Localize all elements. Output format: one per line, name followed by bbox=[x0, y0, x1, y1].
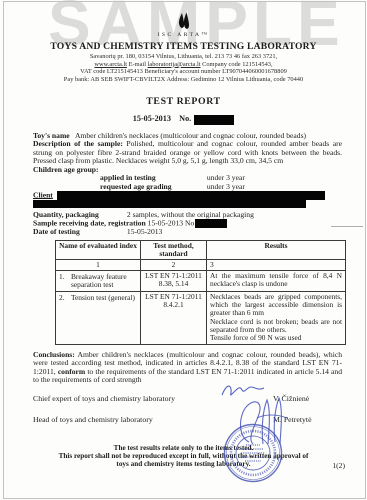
address-block: Savanorių pr. 180, 03154 Vilnius, Lithua… bbox=[0, 53, 367, 83]
chief-expert-role: Chief expert of toys and chemistry labor… bbox=[33, 394, 175, 403]
header-method: Test method, standard bbox=[141, 240, 207, 260]
row2-index: 2. bbox=[59, 294, 67, 302]
quantity-value: 2 samples, without the original packagin… bbox=[127, 210, 254, 219]
head-signature-row: Head of toys and chemistry laboratory M.… bbox=[33, 415, 345, 424]
report-title: TEST REPORT bbox=[0, 96, 367, 107]
footer-line-3: toys and chemistry items testing laborat… bbox=[0, 460, 367, 468]
row1-result: At the maximum tensile force of 8,4 N ne… bbox=[207, 271, 346, 292]
chief-expert-name: V. Čižnienė bbox=[273, 394, 345, 403]
report-date-line: 15-05-2013 No. bbox=[0, 114, 367, 124]
email-link: laboratorija@arcta.lt bbox=[148, 61, 201, 68]
head-role: Head of toys and chemistry laboratory bbox=[33, 415, 153, 424]
col-number-3: 3 bbox=[207, 260, 346, 271]
letterhead: ISC ARTA™ TOYS AND CHEMISTRY ITEMS TESTI… bbox=[0, 0, 367, 83]
address-line: Savanorių pr. 180, 03154 Vilnius, Lithua… bbox=[0, 53, 367, 61]
website-link: www.arcta.lt bbox=[94, 61, 127, 68]
receiving-value: 15-05-2013 No bbox=[148, 218, 195, 227]
client-row: Client bbox=[33, 191, 342, 200]
address-line: www.arcta.lt E-mail laboratorija@arcta.l… bbox=[0, 61, 367, 69]
table-header-row: Name of evaluated index Test method, sta… bbox=[56, 240, 346, 260]
row1-method-clause: 8.38, 5.14 bbox=[144, 280, 203, 288]
redaction-box-client-1 bbox=[57, 191, 325, 200]
age-applied-row: applied in testing under 3 year bbox=[33, 174, 342, 183]
report-date: 15-05-2013 bbox=[133, 114, 171, 123]
table-row: 2. Tension test (general) LST EN 71-1:20… bbox=[56, 291, 346, 344]
address-line: Pay bank: AB SEB SWIFT-CBVILT2X Address:… bbox=[0, 76, 367, 84]
col-number-1: 1 bbox=[56, 260, 141, 271]
row2-result-par3: Tensile force of 90 N was used bbox=[210, 334, 342, 342]
receiving-label: Sample receiving date, registration bbox=[33, 218, 146, 227]
logo-text: ISC ARTA™ bbox=[0, 33, 367, 39]
footer-disclaimer: The test results relate only to the item… bbox=[0, 444, 367, 469]
header-results: Results bbox=[207, 240, 346, 260]
redaction-box-client-2 bbox=[33, 200, 306, 208]
column-number-row: 1 2 3 bbox=[56, 260, 346, 271]
client-row-2 bbox=[33, 200, 342, 209]
age-requested-value: under 3 year bbox=[207, 182, 245, 191]
age-requested-label: requested age grading bbox=[100, 183, 205, 192]
row2-name: Tension test (general) bbox=[71, 294, 135, 302]
testing-date-row: Date of testing 15-05-2013 bbox=[33, 228, 342, 237]
page-number: 1(2) bbox=[332, 461, 345, 470]
results-table: Name of evaluated index Test method, sta… bbox=[55, 240, 346, 345]
client-label: Client bbox=[33, 190, 53, 199]
testing-date-label: Date of testing bbox=[33, 228, 125, 237]
footer-line-2: This report shall not be reproduced exce… bbox=[0, 452, 367, 460]
age-group-heading: Children age group: bbox=[33, 166, 342, 175]
chief-expert-signature-row: Chief expert of toys and chemistry labor… bbox=[33, 394, 345, 403]
testing-date-value: 15-05-2013 bbox=[127, 227, 162, 236]
laboratory-name: TOYS AND CHEMISTRY ITEMS TESTING LABORAT… bbox=[0, 42, 367, 52]
laboratory-logo-icon bbox=[174, 12, 194, 32]
row1-index: 1. bbox=[59, 273, 67, 290]
redaction-box-report-no bbox=[194, 115, 234, 125]
report-no-label: No. bbox=[179, 114, 191, 123]
header-name: Name of evaluated index bbox=[56, 240, 141, 260]
head-name: M. Petretytė bbox=[273, 415, 345, 424]
table-row: 1. Breakaway feature separation test LST… bbox=[56, 271, 346, 292]
row2-result-par1: Necklaces beads are gripped components, … bbox=[210, 293, 342, 318]
address-line: VAT code LT215145413 Beneficiary's accou… bbox=[0, 68, 367, 76]
row1-name: Breakaway feature separation test bbox=[71, 273, 137, 290]
row2-method-clause: 8.4.2.1 bbox=[144, 301, 203, 309]
conclusions-paragraph: Conclusions: Amber children's necklaces … bbox=[33, 351, 342, 385]
age-requested-row: requested age grading under 3 year bbox=[33, 183, 342, 192]
redaction-box-registration bbox=[195, 219, 227, 228]
description-line: Description of the sample: Polished, mul… bbox=[33, 140, 342, 166]
test-report-page: SAMPLE ISC ARTA™ TOYS AND CHEMISTRY ITEM… bbox=[0, 0, 367, 500]
sample-info-section: Toy's name Amber children's necklaces (m… bbox=[33, 132, 342, 237]
footer-line-1: The test results relate only to the item… bbox=[0, 444, 367, 452]
col-number-2: 2 bbox=[141, 260, 207, 271]
row2-result-par2: Necklace cord is not broken; beads are n… bbox=[210, 318, 342, 335]
